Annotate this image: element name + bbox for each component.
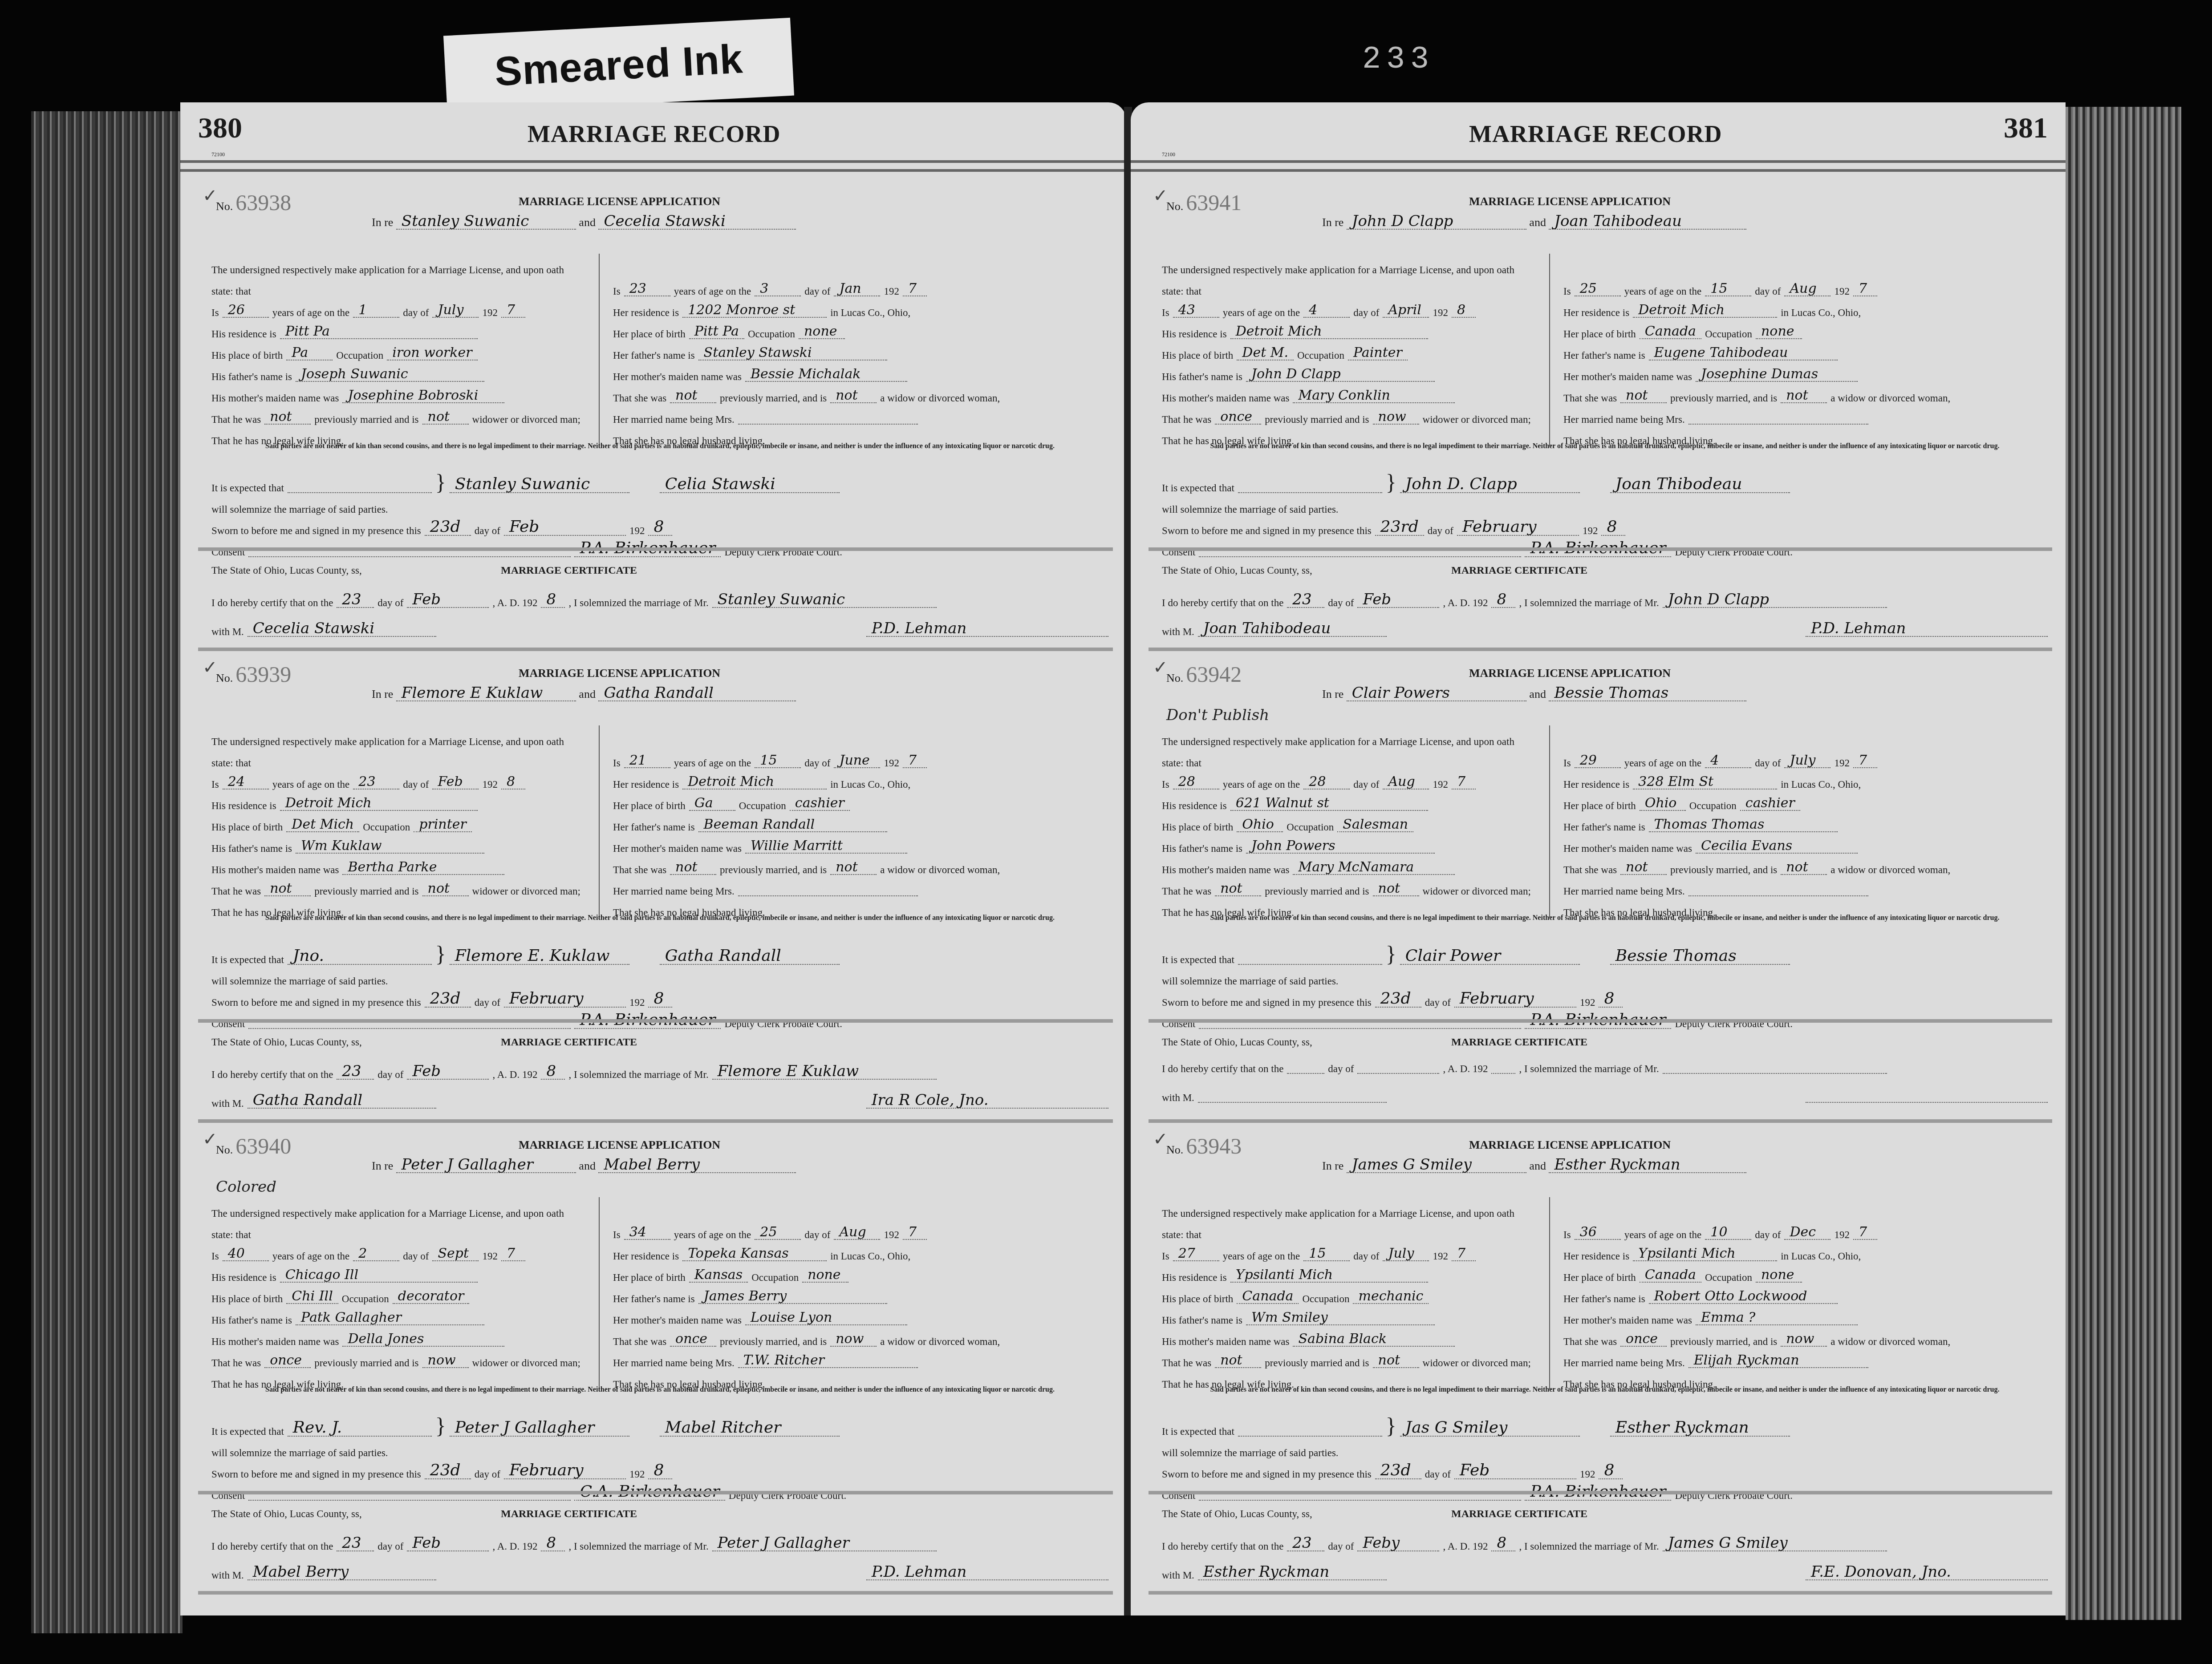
groom-signature: Clair Power [1400,948,1580,965]
widower: widower or divorced man; [1423,886,1531,896]
groom-birth-month: July [432,304,479,318]
certify: I do hereby certify that on the [211,1069,333,1080]
bride-mother: Louise Lyon [745,1311,907,1325]
cert-day: 23 [337,1535,374,1551]
application-title: MARRIAGE LICENSE APPLICATION [1469,1139,1671,1151]
state-that: state: that [211,758,251,768]
undersigned: The undersigned respectively make applic… [1162,265,1514,275]
groom-residence: Ypsilanti Mich [1230,1268,1428,1283]
certificate-with-line: with M.Esther RyckmanF.E. Donovan, Jno. [1162,1564,2048,1580]
her-father: Her father's name is [613,350,695,360]
sworn-day: 23d [1375,991,1421,1008]
signature-block: It is expected that}John D. ClappJoan Th… [1162,472,2048,557]
her-residence: Her residence is [1563,779,1629,789]
certificate-with-line: with M.Gatha RandallIra R Cole, Jno. [211,1093,1108,1109]
sworn-day: 23d [1375,1462,1421,1479]
her-mother: Her mother's maiden name was [613,1315,742,1325]
ad: , A. D. 192 [492,1541,537,1551]
kin-clause: Said parties are not nearer of kin than … [211,915,1108,922]
groom-occupation: printer [414,818,472,832]
day-of: day of [804,286,830,296]
groom-prev: once [264,1354,311,1368]
she-was: That she was [613,865,666,875]
cert-month: Feb [407,1535,489,1551]
cert-title: MARRIAGE CERTIFICATE [501,1509,637,1519]
year-prefix: 192 [884,1230,899,1240]
groom-signature: Stanley Suwanic [450,476,629,493]
sworn-day: 23d [425,519,471,536]
groom-mother: Bertha Parke [342,861,504,875]
sworn: Sworn to before me and signed in my pres… [1162,526,1372,536]
certificate-line: I do hereby certify that on the23day ofF… [1162,592,2048,608]
groom-father: John D Clapp [1246,368,1435,382]
bride-column: Is34years of age on the25day ofAug1927 H… [599,1197,965,1389]
signature-block: It is expected that}Stanley SuwanicCelia… [211,472,1108,557]
groom-birthplace: Ohio [1237,818,1283,832]
years-of-age: years of age on the [272,779,350,789]
his-birth: His place of birth [211,1294,283,1304]
cert-title: MARRIAGE CERTIFICATE [1451,565,1587,576]
his-birth: His place of birth [211,350,283,360]
bride-mother: Josephine Dumas [1696,368,1858,382]
he-was: That he was [1162,1358,1211,1368]
state-of-ohio: The State of Ohio, Lucas County, ss, [1162,565,1312,576]
groom-birth-day: 4 [1303,304,1350,318]
page-title: MARRIAGE RECORD [528,120,781,148]
page-number: 381 [2004,111,2048,145]
groom-column: The undersigned respectively make applic… [1162,1197,1545,1389]
his-father: His father's name is [211,372,292,382]
margin-note: Colored [216,1179,276,1194]
bride-year: 7 [903,1226,927,1240]
prev-married-she: previously married, and is [1670,1336,1777,1347]
bride-is: now [830,1332,877,1347]
he-was: That he was [1162,414,1211,425]
sworn: Sworn to before me and signed in my pres… [211,1469,421,1479]
checkmark-icon: ✓ [1153,187,1168,205]
his-birth: His place of birth [211,822,283,832]
and: and [579,216,596,229]
prev-married-she: previously married, and is [1670,393,1777,403]
groom-birth-month: April [1383,304,1429,318]
occupation: Occupation [1297,350,1344,360]
solemnized: , I solemnized the marriage of Mr. [1519,1541,1659,1551]
frame-number: 233 [1362,42,1434,77]
bride-is: not [1781,389,1827,403]
groom-is: now [422,1354,469,1368]
day-of: day of [1328,598,1354,608]
day-of: day of [475,526,500,536]
day-of: day of [403,779,429,789]
cert-month [1357,1073,1439,1074]
cert-groom: Flemore E Kuklaw [712,1064,937,1080]
cert-year: 8 [541,592,565,608]
his-mother: His mother's maiden name was [211,1336,339,1347]
cert-title: MARRIAGE CERTIFICATE [501,1037,637,1048]
year-prefix: 192 [482,779,498,789]
groom-name: James G Smiley [1347,1157,1526,1173]
sworn: Sworn to before me and signed in my pres… [211,526,421,536]
kin-clause: Said parties are not nearer of kin than … [1162,443,2048,450]
widow: a widow or divorced woman, [1830,1336,1950,1347]
is: Is [1563,286,1571,296]
number: 63939 [235,662,291,687]
solemnize: will solemnize the marriage of said part… [1162,1448,1339,1458]
sworn-day: 23rd [1375,519,1424,536]
occupation: Occupation [1302,1294,1349,1304]
cert-year: 8 [1491,592,1515,608]
bride-birth-day: 10 [1705,1226,1751,1240]
widower: widower or divorced man; [472,1358,580,1368]
bride-birth-month: June [834,754,880,768]
day-of: day of [1328,1064,1354,1074]
years-of-age: years of age on the [1624,1230,1702,1240]
marriage-record-entry: ✓ No.63939 MARRIAGE LICENSE APPLICATION … [211,659,1108,1124]
parties-line: In re Flemore E Kuklaw and Gatha Randall [372,685,796,701]
license-number: No.63943 [1166,1135,1242,1157]
cert-groom: John D Clapp [1663,592,1887,608]
years-of-age: years of age on the [272,308,350,318]
groom-year: 8 [501,775,525,789]
groom-column: The undersigned respectively make applic… [211,725,594,918]
page-380: 380 MARRIAGE RECORD 72100 ✓ No.63938 MAR… [180,102,1126,1615]
sworn-month: February [1454,991,1576,1008]
with-m: with M. [211,1098,244,1109]
groom-birth-month: Aug [1383,775,1429,789]
expected: It is expected that [211,1426,284,1437]
license-number: No.63940 [216,1135,291,1157]
her-mother: Her mother's maiden name was [613,843,742,854]
groom-residence: Detroit Mich [1230,325,1428,339]
is: Is [1563,1230,1571,1240]
groom-birth-month: Feb [432,775,479,789]
bride-year: 7 [1853,1226,1877,1240]
groom-year: 7 [1452,775,1476,789]
number: 63942 [1186,662,1242,687]
bride-married-name [738,895,918,896]
is: Is [613,286,621,296]
marriage-record-entry: ✓ No.63940 Colored MARRIAGE LICENSE APPL… [211,1130,1108,1595]
widower: widower or divorced man; [472,414,580,425]
solemnize: will solemnize the marriage of said part… [211,976,388,986]
her-residence: Her residence is [1563,308,1629,318]
ad: , A. D. 192 [1443,598,1488,608]
officiant-signature: P.D. Lehman [866,621,1108,637]
book-page-edges-left [31,111,183,1633]
bride-signature: Celia Stawski [660,476,840,493]
groom-year: 7 [501,304,525,318]
his-birth: His place of birth [1162,1294,1233,1304]
bride-father: Robert Otto Lockwood [1649,1290,1838,1304]
year-prefix: 192 [1433,779,1448,789]
bride-age: 29 [1575,754,1621,768]
in-re: In re [372,216,393,229]
checkmark-icon: ✓ [1153,659,1168,676]
application-title: MARRIAGE LICENSE APPLICATION [1469,196,1671,207]
cert-year [1491,1073,1515,1074]
bride-age: 36 [1575,1226,1621,1240]
her-residence: Her residence is [613,1251,679,1261]
occupation: Occupation [1689,801,1737,811]
his-residence: His residence is [211,1272,276,1283]
bride-occupation: cashier [790,797,850,811]
bride-residence: 1202 Monroe st [682,304,827,318]
cert-bride: Joan Tahibodeau [1198,621,1387,637]
day-of: day of [403,308,429,318]
margin-note: Don't Publish [1166,708,1269,723]
section-divider [198,648,1113,651]
bride-year: 7 [903,282,927,296]
his-birth: His place of birth [1162,822,1233,832]
groom-is: not [1373,882,1419,896]
day-of: day of [1353,1251,1379,1261]
no: No. [1166,672,1183,684]
in-re: In re [1322,688,1343,700]
undersigned: The undersigned respectively make applic… [1162,737,1514,747]
his-mother: His mother's maiden name was [1162,1336,1289,1347]
day-of: day of [1425,997,1451,1008]
section-divider [1149,1491,2052,1494]
section-divider [198,547,1113,551]
groom-age: 26 [223,304,269,318]
married-name: Her married name being Mrs. [613,1358,735,1368]
groom-residence: 621 Walnut st [1230,797,1428,811]
she-was: That she was [613,393,666,403]
groom-occupation: Painter [1348,346,1408,360]
groom-signature: Flemore E. Kuklaw [450,948,629,965]
in-re: In re [1322,1159,1343,1172]
her-mother: Her mother's maiden name was [613,372,742,382]
solemnized: , I solemnized the marriage of Mr. [1519,598,1659,608]
certify: I do hereby certify that on the [1162,1064,1283,1074]
cert-groom: James G Smiley [1663,1535,1887,1551]
state-of-ohio: The State of Ohio, Lucas County, ss, [1162,1036,1312,1048]
year-prefix: 192 [629,997,645,1008]
groom-mother: Mary McNamara [1293,861,1455,875]
in-re: In re [372,1159,393,1172]
checkmark-icon: ✓ [1153,1130,1168,1148]
her-birth: Her place of birth [613,329,686,339]
section-divider [1149,1591,2052,1595]
groom-father: Joseph Suwanic [296,368,484,382]
groom-age: 24 [223,775,269,789]
groom-signature: Peter J Gallagher [450,1420,629,1437]
ad: , A. D. 192 [492,1069,537,1080]
bride-father: Eugene Tahibodeau [1649,346,1838,360]
her-father: Her father's name is [613,1294,695,1304]
and: and [1529,1159,1546,1172]
in-re: In re [1322,216,1343,229]
expected: It is expected that [211,483,284,493]
sworn-year: 8 [1599,1462,1623,1479]
year-prefix: 192 [482,1251,498,1261]
cert-year: 8 [1491,1535,1515,1551]
bride-married-name: T.W. Ritcher [738,1354,918,1368]
his-mother: His mother's maiden name was [211,865,339,875]
bride-prev: once [670,1332,716,1347]
occupation: Occupation [363,822,410,832]
bride-column: Is29years of age on the4day ofJuly1927 H… [1549,725,1915,918]
groom-occupation: iron worker [387,346,477,360]
bride-birthplace: Kansas [689,1268,748,1283]
year-prefix: 192 [1433,1251,1448,1261]
bride-name: Gatha Randall [598,685,796,701]
widow: a widow or divorced woman, [1830,865,1950,875]
kin-clause: Said parties are not nearer of kin than … [211,1386,1108,1393]
groom-mother: Della Jones [342,1332,504,1347]
is: Is [1162,308,1169,318]
her-residence: Her residence is [1563,1251,1629,1261]
sworn-year: 8 [648,519,672,536]
married-name: Her married name being Mrs. [613,886,735,896]
day-of: day of [1328,1541,1354,1551]
officiant-expected [288,492,432,493]
signature-block: It is expected that}Clair PowerBessie Th… [1162,943,2048,1029]
cert-day: 23 [1287,1535,1324,1551]
bride-prev: not [670,861,716,875]
prev-married-he: previously married and is [1265,886,1369,896]
groom-column: The undersigned respectively make applic… [211,1197,594,1389]
cert-day: 23 [1287,592,1324,608]
bride-prev: not [1620,389,1667,403]
bride-name: Cecelia Stawski [598,214,796,230]
groom-birth-day: 23 [353,775,399,789]
prev-married-he: previously married and is [1265,414,1369,425]
with-m: with M. [211,627,244,637]
bride-name: Esther Ryckman [1549,1157,1746,1173]
in-lucas: in Lucas Co., Ohio, [1781,1251,1861,1261]
groom-year: 7 [1452,1247,1476,1261]
day-of: day of [377,1069,403,1080]
sworn: Sworn to before me and signed in my pres… [1162,997,1372,1008]
bride-year: 7 [1853,754,1877,768]
cert-groom [1663,1073,1887,1074]
license-number: No.63938 [216,191,291,214]
is: Is [1162,1251,1169,1261]
bride-birth-month: Dec [1784,1226,1830,1240]
years-of-age: years of age on the [1624,758,1702,768]
certificate-header: The State of Ohio, Lucas County, ss,MARR… [1162,565,2048,575]
in-lucas: in Lucas Co., Ohio, [830,308,910,318]
ad: , A. D. 192 [492,598,537,608]
her-birth: Her place of birth [1563,801,1636,811]
groom-is: not [1373,1354,1419,1368]
widower: widower or divorced man; [1423,1358,1531,1368]
sworn-year: 8 [1601,519,1625,536]
year-prefix: 192 [1834,758,1850,768]
bride-year: 7 [903,754,927,768]
cert-month: Feb [407,1064,489,1080]
groom-is: not [422,410,469,425]
sworn-day: 23d [425,991,471,1008]
state-that: state: that [1162,1230,1201,1240]
years-of-age: years of age on the [1223,1251,1300,1261]
solemnize: will solemnize the marriage of said part… [1162,976,1339,986]
occupation: Occupation [751,1272,799,1283]
bride-is: not [830,389,877,403]
year-prefix: 192 [1433,308,1448,318]
groom-residence: Pitt Pa [280,325,478,339]
officiant-expected [1238,964,1382,965]
bride-married-name [1688,424,1868,425]
is: Is [211,1251,219,1261]
groom-name: Clair Powers [1347,685,1526,701]
bride-signature: Esther Ryckman [1610,1420,1790,1437]
checkmark-icon: ✓ [203,659,218,676]
groom-occupation: Salesman [1337,818,1413,832]
cert-bride: Gatha Randall [248,1093,436,1109]
sworn-day: 23d [425,1462,471,1479]
her-father: Her father's name is [1563,1294,1645,1304]
state-that: state: that [211,1230,251,1240]
groom-signature: Jas G Smiley [1400,1420,1580,1437]
groom-name: John D Clapp [1347,214,1526,230]
certify: I do hereby certify that on the [211,598,333,608]
in-lucas: in Lucas Co., Ohio, [830,779,910,789]
with-m: with M. [211,1570,244,1580]
certificate-header: The State of Ohio, Lucas County, ss,MARR… [1162,1037,2048,1047]
certificate-with-line: with M.Joan TahibodeauP.D. Lehman [1162,621,2048,637]
state-that: state: that [1162,758,1201,768]
cert-day [1287,1073,1324,1074]
header-rule [180,160,1126,163]
years-of-age: years of age on the [674,286,751,296]
years-of-age: years of age on the [674,758,751,768]
bride-signature: Bessie Thomas [1610,948,1790,965]
groom-is: now [1373,410,1419,425]
day-of: day of [1428,526,1453,536]
bride-year: 7 [1853,282,1877,296]
she-was: That she was [1563,393,1617,403]
bride-column: Is36years of age on the10day ofDec1927 H… [1549,1197,1915,1389]
state-of-ohio: The State of Ohio, Lucas County, ss, [211,1508,362,1519]
parties-line: In re James G Smiley and Esther Ryckman [1322,1157,1746,1173]
cert-day: 23 [337,1064,374,1080]
and: and [1529,216,1546,229]
header-rule [1131,169,2066,172]
certify: I do hereby certify that on the [1162,598,1283,608]
bride-occupation: none [802,1268,848,1283]
her-mother: Her mother's maiden name was [1563,843,1692,854]
bride-father: Beeman Randall [698,818,887,832]
sworn: Sworn to before me and signed in my pres… [211,997,421,1008]
section-divider [198,1119,1113,1123]
bride-father: James Berry [698,1290,887,1304]
bride-father: Stanley Stawski [698,346,887,360]
cert-groom: Stanley Suwanic [712,592,937,608]
application-title: MARRIAGE LICENSE APPLICATION [519,1139,720,1151]
sworn-month: Feb [1454,1462,1576,1479]
groom-year: 7 [501,1247,525,1261]
groom-name: Flemore E Kuklaw [396,685,576,701]
her-father: Her father's name is [1563,350,1645,360]
marriage-record-entry: ✓ No.63938 MARRIAGE LICENSE APPLICATION … [211,187,1108,652]
solemnized: , I solemnized the marriage of Mr. [568,1541,708,1551]
smeared-ink-text: Smeared Ink [494,36,744,95]
married-name: Her married name being Mrs. [613,414,735,425]
certificate-line: I do hereby certify that on the23day ofF… [211,1064,1108,1080]
cert-bride: Cecelia Stawski [248,621,436,637]
expected: It is expected that [211,955,284,965]
certify: I do hereby certify that on the [1162,1541,1283,1551]
marriage-record-entry: ✓ No.63943 MARRIAGE LICENSE APPLICATION … [1162,1130,2048,1595]
prev-married-she: previously married, and is [720,393,827,403]
year-prefix: 192 [1580,1469,1595,1479]
widow: a widow or divorced woman, [880,393,1000,403]
his-father: His father's name is [1162,843,1242,854]
bride-birth-month: July [1784,754,1830,768]
prev-married-she: previously married, and is [720,1336,827,1347]
